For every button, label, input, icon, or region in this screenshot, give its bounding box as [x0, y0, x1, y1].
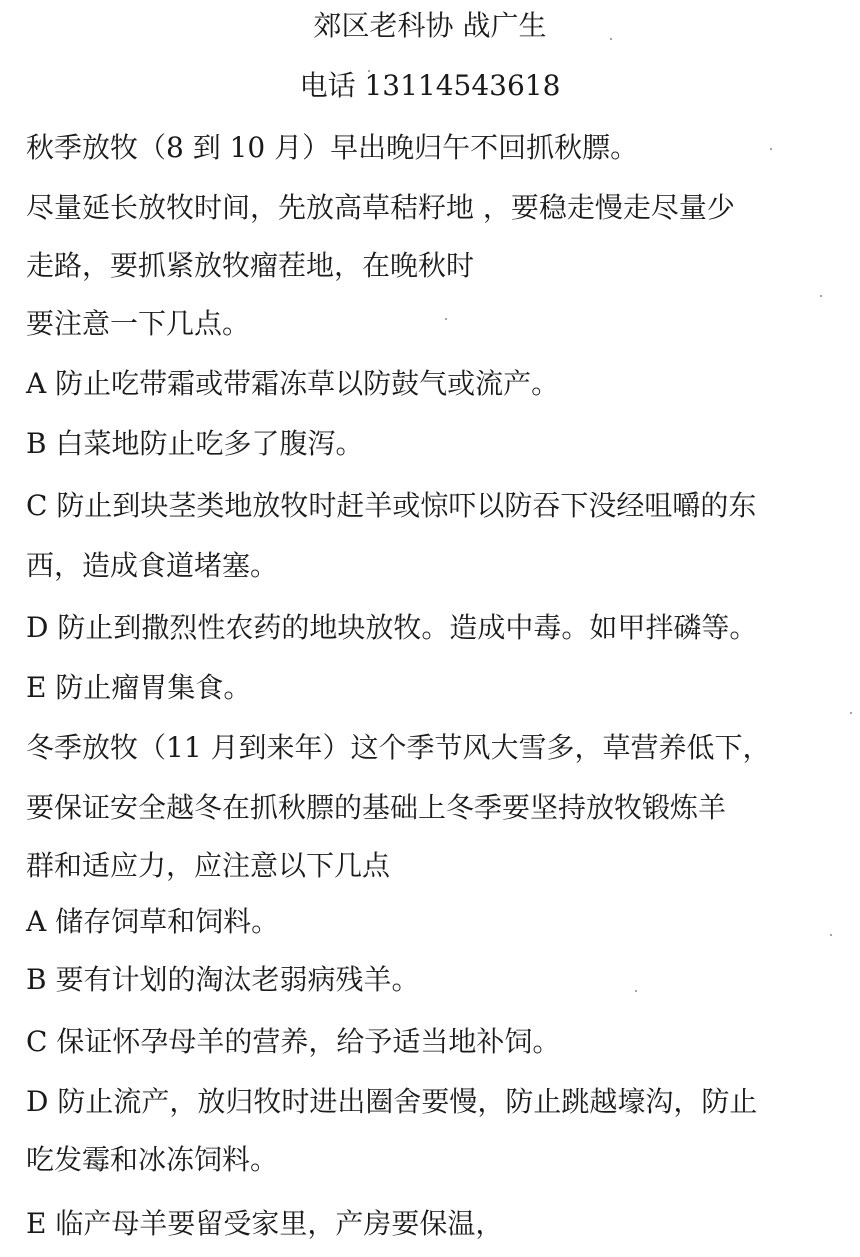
winter-point-c: C 保证怀孕母羊的营养，给予适当地补饲。	[26, 1024, 560, 1060]
scan-speck	[770, 148, 772, 150]
scan-speck	[610, 38, 612, 40]
phone-line: 电话 13114543618	[0, 68, 860, 104]
winter-point-e: E 临产母羊要留受家里，产房要保温，	[26, 1206, 503, 1242]
winter-intro-line-3: 群和适应力，应注意以下几点	[26, 848, 390, 884]
scan-speck	[850, 712, 852, 714]
winter-intro-line-2: 要保证安全越冬在抓秋膘的基础上冬季要坚持放牧锻炼羊	[26, 790, 726, 826]
winter-point-b: B 要有计划的淘汰老弱病残羊。	[26, 962, 419, 998]
autumn-intro-line-2: 走路，要抓紧放牧瘤茬地，在晚秋时	[26, 248, 474, 284]
winter-point-d-line-2: 吃发霉和冰冻饲料。	[26, 1142, 278, 1178]
autumn-intro-line-1: 尽量延长放牧时间，先放高草秸籽地 ，要稳走慢走尽量少	[26, 190, 735, 226]
scan-speck	[445, 318, 447, 320]
scan-speck	[820, 295, 822, 297]
autumn-point-e: E 防止瘤胃集食。	[26, 670, 251, 706]
scan-speck	[368, 70, 370, 72]
winter-point-a: A 储存饲草和饲料。	[26, 904, 279, 940]
scan-speck	[830, 934, 832, 936]
autumn-point-b: B 白菜地防止吃多了腹泻。	[26, 426, 363, 462]
autumn-intro-line-3: 要注意一下几点。	[26, 306, 250, 342]
autumn-point-d: D 防止到撒烈性农药的地块放牧。造成中毒。如甲拌磷等。	[26, 610, 757, 646]
autumn-heading: 秋季放牧（8 到 10 月）早出晚归午不回抓秋膘。	[26, 130, 638, 166]
winter-point-d-line-1: D 防止流产，放归牧时进出圈舍要慢，防止跳越壕沟，防止	[26, 1084, 757, 1120]
author-line: 郊区老科协 战广生	[0, 8, 860, 44]
autumn-point-c-line-2: 西，造成食道堵塞。	[26, 548, 278, 584]
scanned-document-page: 郊区老科协 战广生 电话 13114543618 秋季放牧（8 到 10 月）早…	[0, 0, 860, 1257]
autumn-point-c-line-1: C 防止到块茎类地放牧时赶羊或惊吓以防吞下没经咀嚼的东	[26, 488, 756, 524]
scan-speck	[635, 990, 637, 992]
winter-intro-line-1: 冬季放牧（11 月到来年）这个季节风大雪多，草营养低下，	[26, 730, 771, 766]
autumn-point-a: A 防止吃带霜或带霜冻草以防鼓气或流产。	[26, 366, 559, 402]
